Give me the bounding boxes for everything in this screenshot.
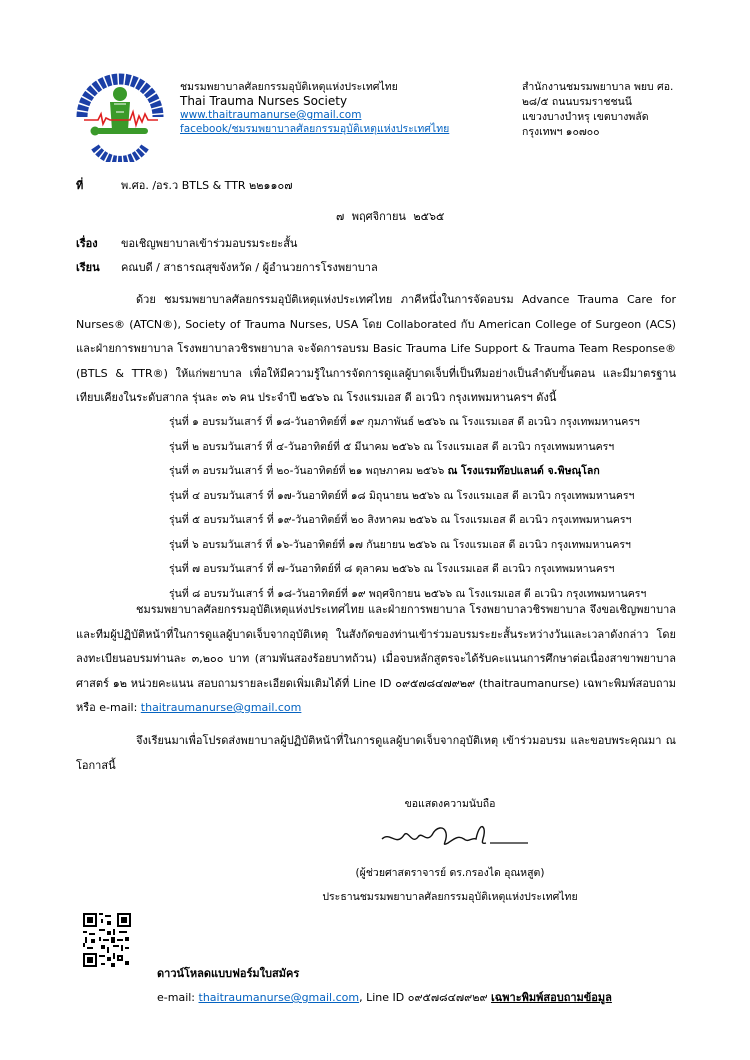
body-paragraph-1: ด้วย ชมรมพยาบาลศัลยกรรมอุบัติเหตุแห่งประ… — [76, 288, 676, 411]
signer-position: ประธานชมรมพยาบาลศัลยกรรมอุบัติเหตุแห่งปร… — [300, 888, 600, 905]
round-3-venue: ณ โรงแรมท๊อปแลนด์ จ.พิษณุโลก — [448, 465, 600, 477]
address-line: ๒๘/๕ ถนนบรมราชชนนี — [522, 95, 673, 110]
reference-value: พ.ศอ. /อร.ว BTLS & TTR ๒๒๑๑๐๗ — [121, 179, 293, 192]
address-line: กรุงเทพฯ ๑๐๗๐๐ — [522, 125, 673, 140]
recipient-value: คณบดี / สาธารณสุขจังหวัด / ผู้อำนวยการโร… — [121, 261, 378, 274]
footer-contact: e-mail: thaitraumanurse@gmail.com, Line … — [157, 988, 612, 1006]
list-item: รุ่นที่ ๗ อบรมวันเสาร์ ที่ ๗-วันอาทิตย์ท… — [169, 557, 646, 582]
reference-label: ที่ — [76, 176, 121, 194]
subject-value: ขอเชิญพยาบาลเข้าร่วมอบรมระยะสั้น — [121, 237, 297, 250]
list-item: รุ่นที่ ๕ อบรมวันเสาร์ ที่ ๑๙-วันอาทิตย์… — [169, 508, 646, 533]
list-item: รุ่นที่ ๔ อบรมวันเสาร์ ที่ ๑๗-วันอาทิตย์… — [169, 484, 646, 509]
org-name-english: Thai Trauma Nurses Society — [180, 94, 449, 108]
website-link[interactable]: www.thaitraumanurse@gmail.com — [180, 109, 361, 121]
paragraph-1-text: ด้วย ชมรมพยาบาลศัลยกรรมอุบัติเหตุแห่งประ… — [76, 293, 676, 404]
recipient-label: เรียน — [76, 258, 121, 276]
handwritten-signature-icon — [360, 817, 540, 857]
office-address: สำนักงานชมรมพยาบาล พยบ ศอ. ๒๘/๕ ถนนบรมรา… — [522, 80, 673, 140]
qr-code-icon[interactable] — [83, 913, 131, 967]
paragraph-3-text: จึงเรียนมาเพื่อโปรดส่งพยาบาลผู้ปฏิบัติหน… — [76, 734, 676, 772]
inquiry-note: เฉพาะพิมพ์สอบถามข้อมูล — [491, 991, 612, 1004]
recipient-line: เรียนคณบดี / สาธารณสุขจังหวัด / ผู้อำนวย… — [76, 258, 378, 276]
society-logo-icon — [70, 62, 170, 162]
closing-text: ขอแสดงความนับถือ — [300, 795, 600, 812]
email-link[interactable]: thaitraumanurse@gmail.com — [141, 701, 302, 714]
paragraph-2-text: ชมรมพยาบาลศัลยกรรมอุบัติเหตุแห่งประเทศไท… — [76, 603, 676, 714]
download-form-label: ดาวน์โหลดแบบฟอร์มใบสมัคร — [157, 964, 299, 982]
org-name-thai: ชมรมพยาบาลศัลยกรรมอุบัติเหตุแห่งประเทศไท… — [180, 80, 449, 94]
letter-date: ๗ พฤศจิกายน ๒๕๖๕ — [336, 207, 444, 225]
list-item: รุ่นที่ ๖ อบรมวันเสาร์ ที่ ๑๖-วันอาทิตย์… — [169, 533, 646, 558]
body-paragraph-2: ชมรมพยาบาลศัลยกรรมอุบัติเหตุแห่งประเทศไท… — [76, 598, 676, 721]
footer-email-link[interactable]: thaitraumanurse@gmail.com — [199, 991, 360, 1004]
signer-name: (ผู้ช่วยศาสตราจารย์ ดร.กรองได อุณหสูต) — [300, 864, 600, 881]
list-item: รุ่นที่ ๓ อบรมวันเสาร์ ที่ ๒๐-วันอาทิตย์… — [169, 459, 646, 484]
address-line: แขวงบางบำหรุ เขตบางพลัด — [522, 110, 673, 125]
org-header: ชมรมพยาบาลศัลยกรรมอุบัติเหตุแห่งประเทศไท… — [180, 80, 449, 136]
list-item: รุ่นที่ ๑ อบรมวันเสาร์ ที่ ๑๘-วันอาทิตย์… — [169, 410, 646, 435]
list-item: รุ่นที่ ๒ อบรมวันเสาร์ ที่ ๔-วันอาทิตย์ท… — [169, 435, 646, 460]
subject-line: เรื่องขอเชิญพยาบาลเข้าร่วมอบรมระยะสั้น — [76, 234, 297, 252]
address-line: สำนักงานชมรมพยาบาล พยบ ศอ. — [522, 80, 673, 95]
training-rounds-list: รุ่นที่ ๑ อบรมวันเสาร์ ที่ ๑๘-วันอาทิตย์… — [169, 410, 646, 606]
body-paragraph-3: จึงเรียนมาเพื่อโปรดส่งพยาบาลผู้ปฏิบัติหน… — [76, 729, 676, 778]
facebook-link[interactable]: facebook/ชมรมพยาบาลศัลยกรรมอุบัติเหตุแห่… — [180, 123, 449, 135]
subject-label: เรื่อง — [76, 234, 121, 252]
reference-number: ที่พ.ศอ. /อร.ว BTLS & TTR ๒๒๑๑๐๗ — [76, 176, 293, 194]
email-prefix: e-mail: — [157, 991, 199, 1004]
line-id-text: , Line ID ๐๙๕๗๘๔๗๙๒๙ — [359, 991, 491, 1004]
